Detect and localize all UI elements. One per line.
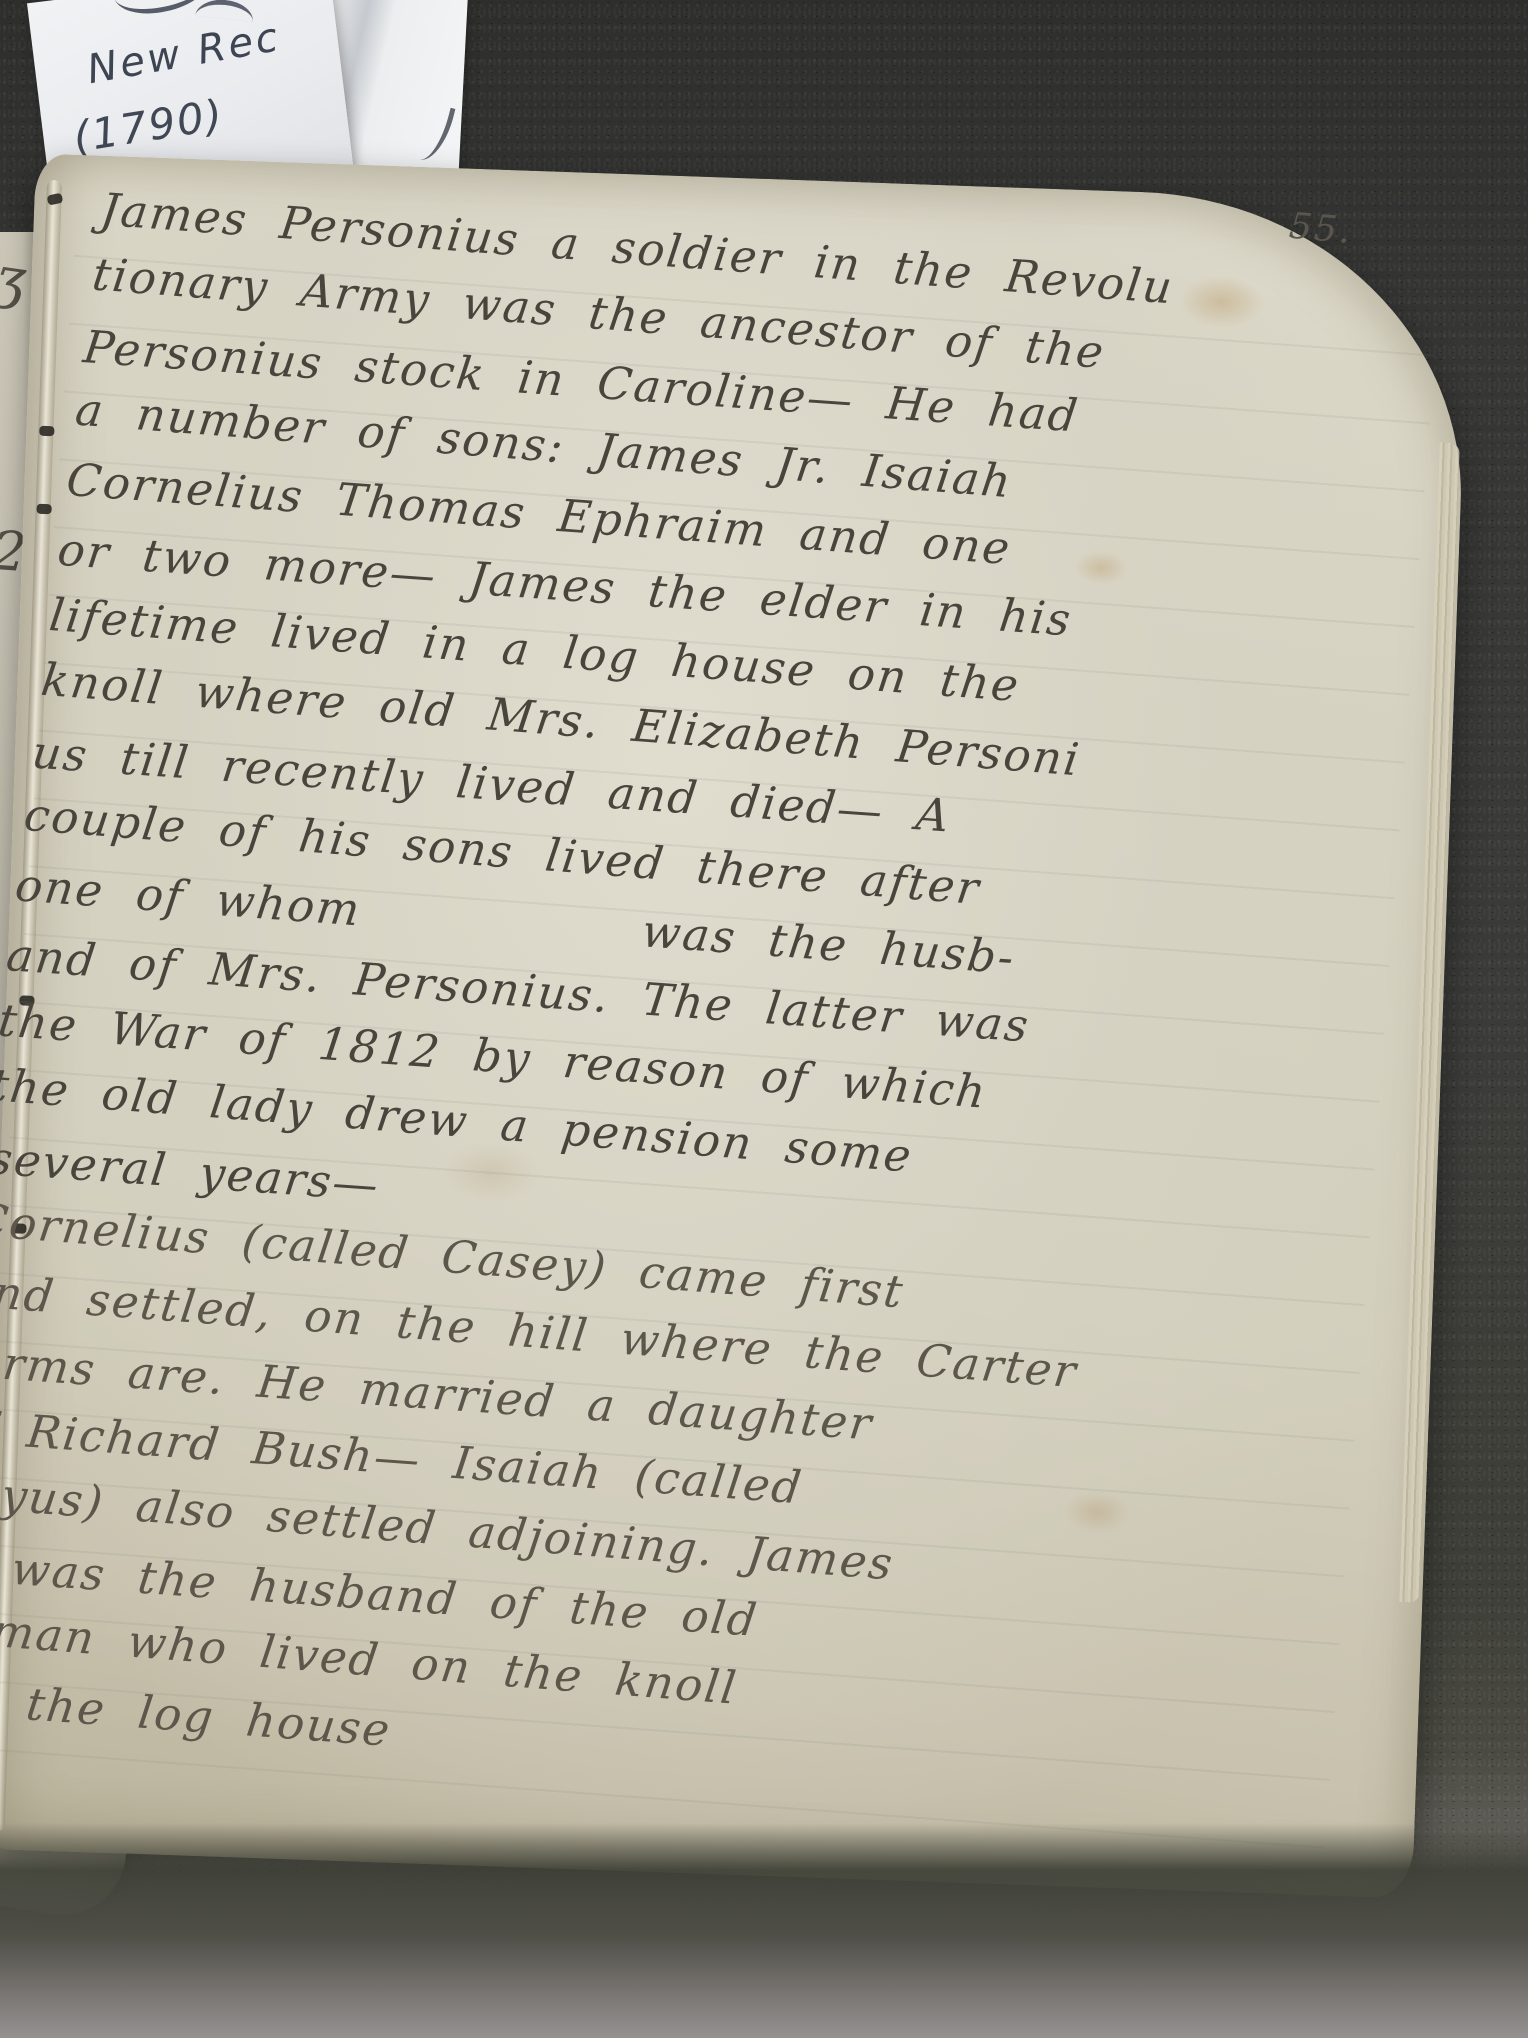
page-number: 55. (1287, 206, 1354, 252)
note-text-line1: New Rec (84, 14, 284, 93)
journal-page: 55. James Personius a soldier in the Rev… (0, 153, 1471, 1898)
stitch-hole (39, 426, 54, 437)
note-text-line2: (1790) (70, 90, 227, 162)
photo-scene: New Rec (1790) ʒ 2 e 55. James Personius… (0, 0, 1528, 2038)
stitch-hole (36, 504, 51, 515)
handwritten-text: James Personius a soldier in the Revolu … (0, 176, 1432, 1827)
